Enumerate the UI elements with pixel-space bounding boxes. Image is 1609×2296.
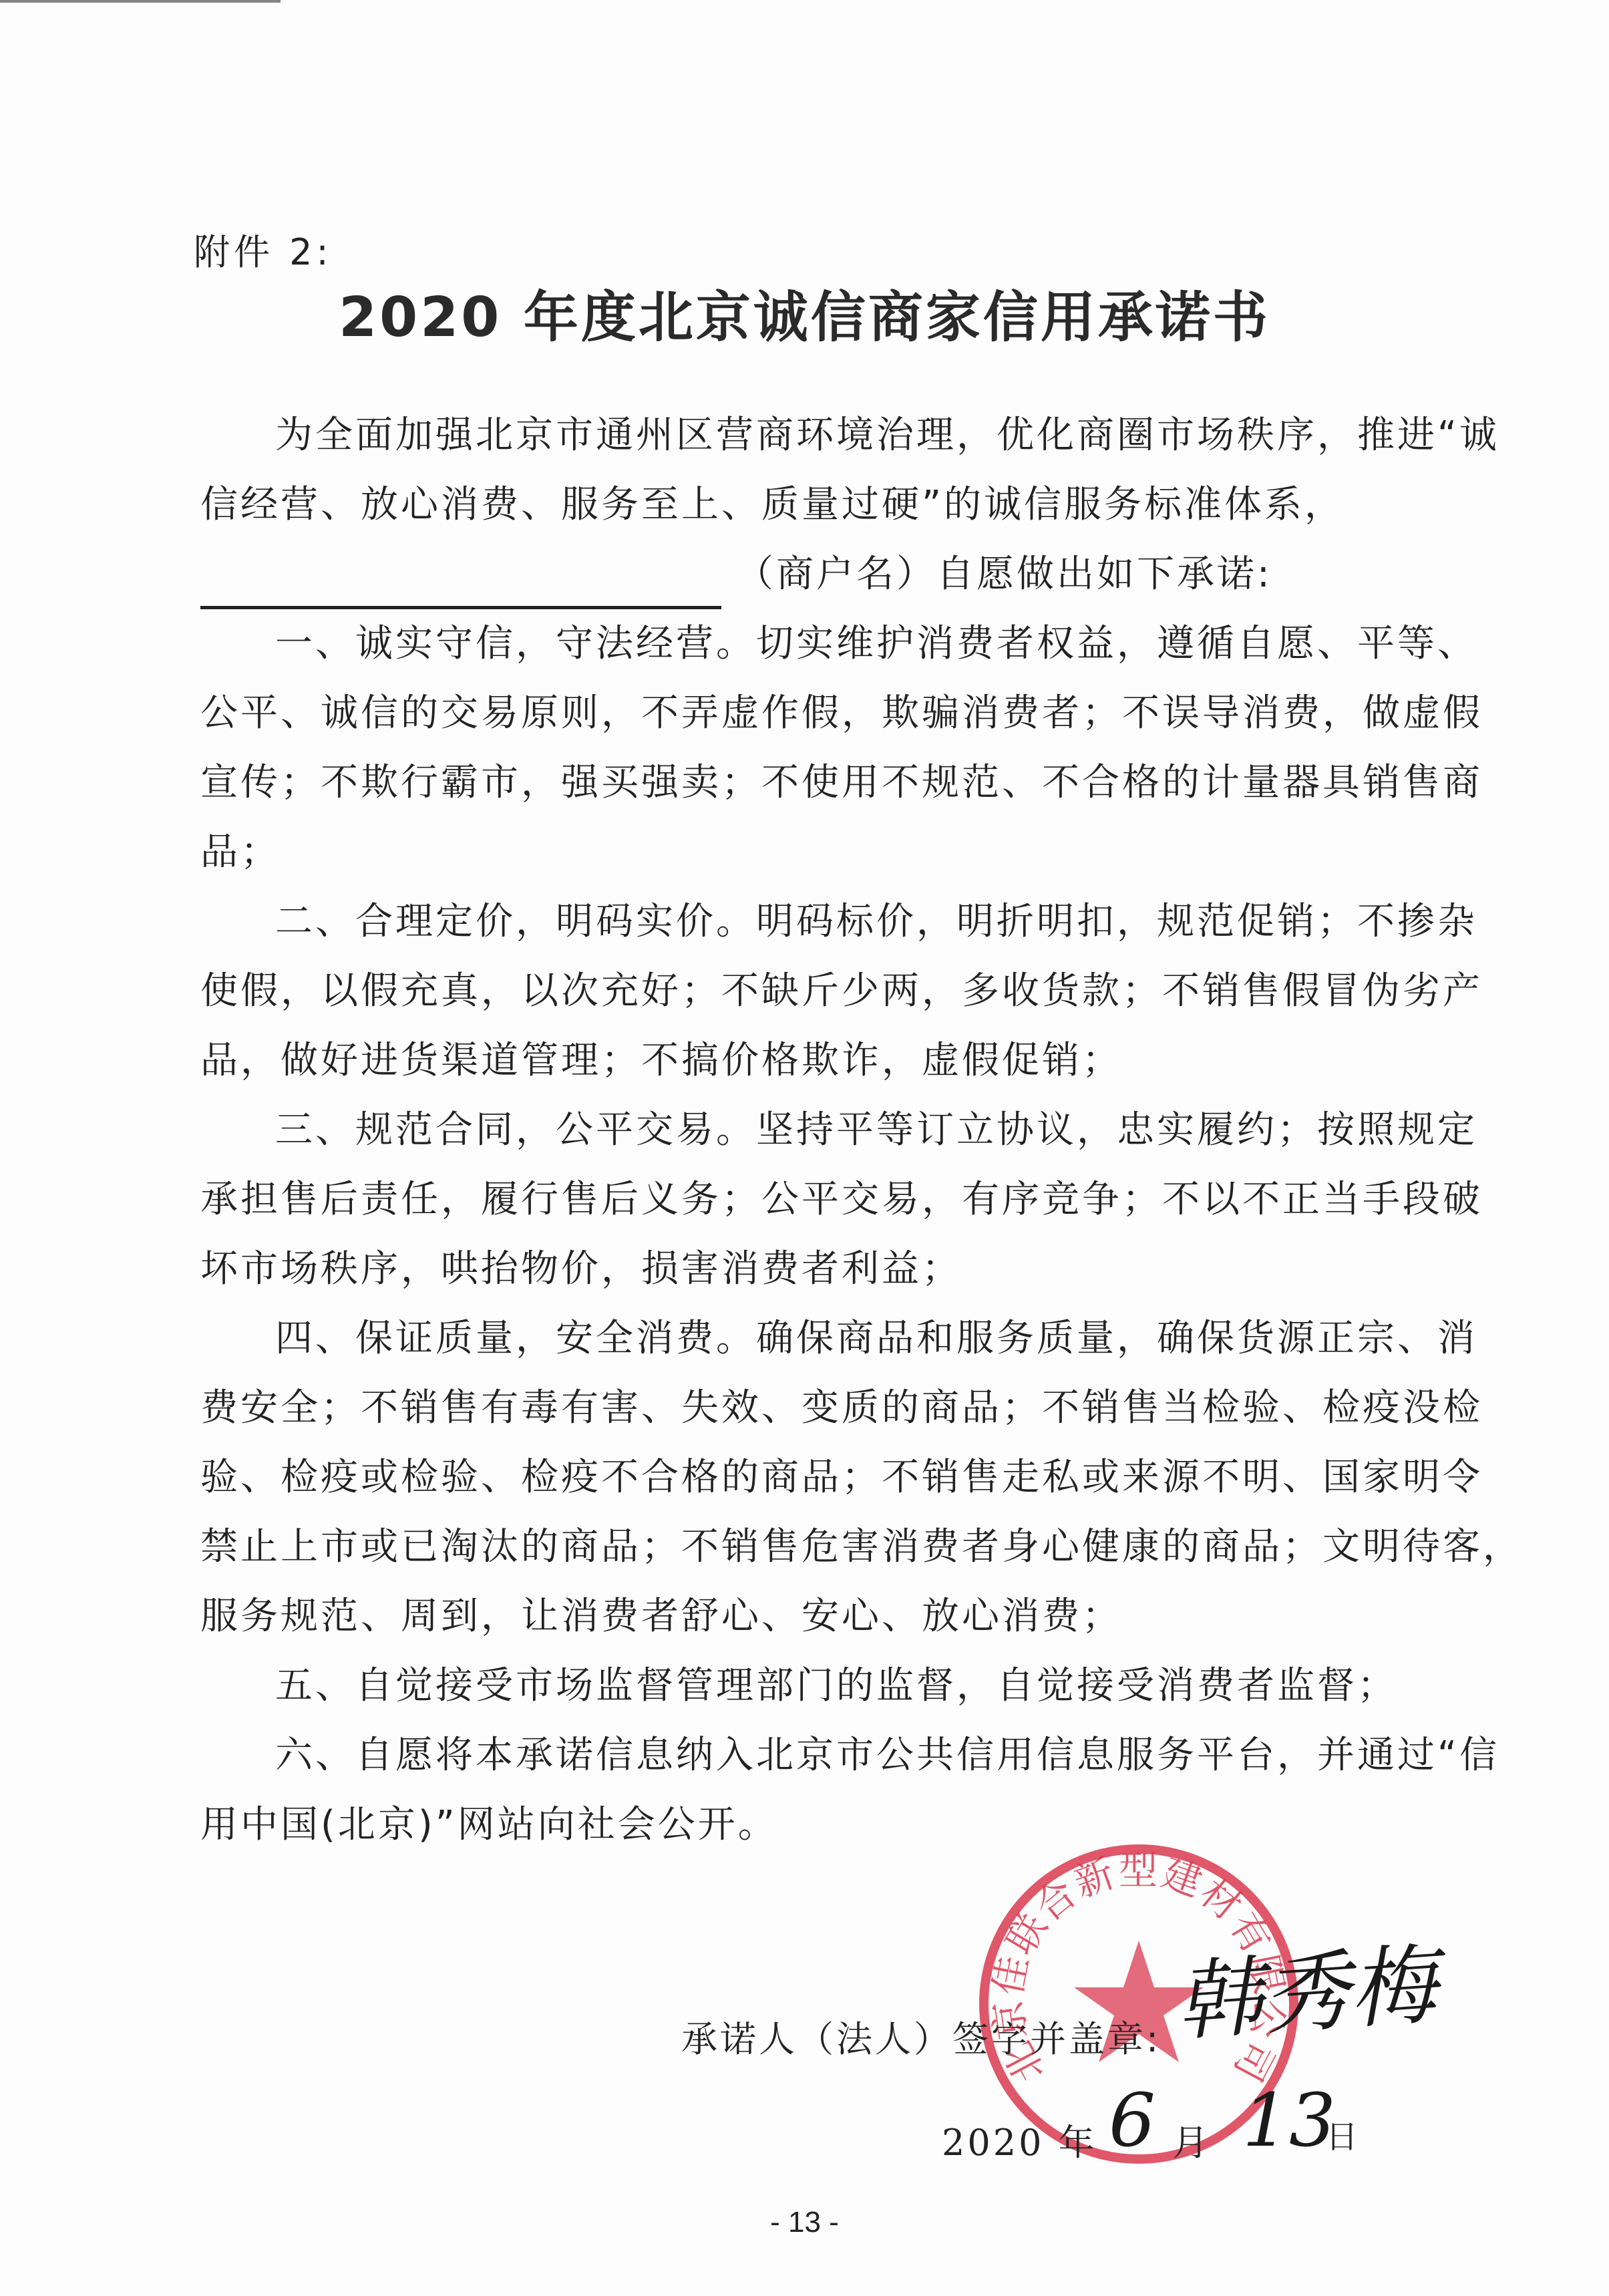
clause-1: 一、诚实守信，守法经营。切实维护消费者权益，遵循自愿、平等、 公平、诚信的交易原… <box>200 609 1469 887</box>
clause-line: 品； <box>200 818 1469 887</box>
clause-line: 费安全；不销售有毒有害、失效、变质的商品；不销售当检验、检疫没检 <box>200 1373 1469 1443</box>
merchant-name-suffix: （商户名）自愿做出如下承诺: <box>736 552 1272 596</box>
clause-line: 二、合理定价，明码实价。明码标价，明折明扣，规范促销；不掺杂 <box>200 887 1469 957</box>
clause-line: 五、自觉接受市场监督管理部门的监督，自觉接受消费者监督； <box>200 1651 1469 1721</box>
clause-line: 坏市场秩序，哄抬物价，损害消费者利益； <box>200 1235 1469 1304</box>
clause-line: 禁止上市或已淘汰的商品；不销售危害消费者身心健康的商品；文明待客， <box>200 1512 1469 1582</box>
intro-line-3: （商户名）自愿做出如下承诺: <box>200 540 1469 609</box>
attachment-label: 附件 2: <box>194 224 333 275</box>
clause-5: 五、自觉接受市场监督管理部门的监督，自觉接受消费者监督； <box>200 1651 1469 1721</box>
document-body: 为全面加强北京市通州区营商环境治理，优化商圈市场秩序，推进“诚 信经营、放心消费… <box>200 401 1469 1860</box>
scan-edge-artifact <box>0 0 281 3</box>
document-title: 2020 年度北京诚信商家信用承诺书 <box>0 274 1609 352</box>
date-day-label: 日 <box>1326 2111 1358 2157</box>
signature-label: 承诺人（法人）签字并盖章: <box>681 2011 1161 2062</box>
clause-line: 三、规范合同，公平交易。坚持平等订立协议，忠实履约；按照规定 <box>200 1096 1469 1165</box>
clause-2: 二、合理定价，明码实价。明码标价，明折明扣，规范促销；不掺杂 使假，以假充真，以… <box>200 887 1469 1096</box>
date-month-handwritten: 6 <box>1109 2078 1155 2163</box>
clause-line: 四、保证质量，安全消费。确保商品和服务质量，确保货源正宗、消 <box>200 1304 1469 1373</box>
clause-line: 服务规范、周到，让消费者舒心、安心、放心消费； <box>200 1582 1469 1651</box>
clause-line: 公平、诚信的交易原则，不弄虚作假，欺骗消费者；不误导消费，做虚假 <box>200 679 1469 748</box>
date-year-text: 2020 年 <box>942 2122 1097 2164</box>
date-year: 2020 年 <box>942 2114 1097 2166</box>
clause-4: 四、保证质量，安全消费。确保商品和服务质量，确保货源正宗、消 费安全；不销售有毒… <box>200 1304 1469 1651</box>
document-page: 附件 2: 2020 年度北京诚信商家信用承诺书 为全面加强北京市通州区营商环境… <box>0 0 1609 2296</box>
handwritten-signature: 韩秀梅 <box>1172 1915 1440 2058</box>
page-number: - 13 - <box>0 2206 1609 2239</box>
date-month-label: 月 <box>1172 2114 1211 2166</box>
clause-3: 三、规范合同，公平交易。坚持平等订立协议，忠实履约；按照规定 承担售后责任，履行… <box>200 1096 1469 1304</box>
clause-line: 验、检疫或检验、检疫不合格的商品；不销售走私或来源不明、国家明令 <box>200 1443 1469 1512</box>
clause-line: 一、诚实守信，守法经营。切实维护消费者权益，遵循自愿、平等、 <box>200 609 1469 679</box>
clause-line: 六、自愿将本承诺信息纳入北京市公共信用信息服务平台，并通过“信 <box>200 1721 1469 1790</box>
clause-6: 六、自愿将本承诺信息纳入北京市公共信用信息服务平台，并通过“信 用中国(北京)”… <box>200 1721 1469 1860</box>
intro-line-2: 信经营、放心消费、服务至上、质量过硬”的诚信服务标准体系， <box>200 470 1469 540</box>
clause-line: 使假，以假充真，以次充好；不缺斤少两，多收货款；不销售假冒伪劣产 <box>200 957 1469 1026</box>
clause-line: 宣传；不欺行霸市，强买强卖；不使用不规范、不合格的计量器具销售商 <box>200 748 1469 818</box>
clause-line: 品，做好进货渠道管理；不搞价格欺诈，虚假促销； <box>200 1026 1469 1096</box>
date-day-handwritten: 13 <box>1242 2078 1336 2163</box>
intro-line-1: 为全面加强北京市通州区营商环境治理，优化商圈市场秩序，推进“诚 <box>200 401 1469 470</box>
clause-line: 承担售后责任，履行售后义务；公平交易，有序竞争；不以不正当手段破 <box>200 1165 1469 1235</box>
merchant-name-blank[interactable] <box>200 558 721 609</box>
